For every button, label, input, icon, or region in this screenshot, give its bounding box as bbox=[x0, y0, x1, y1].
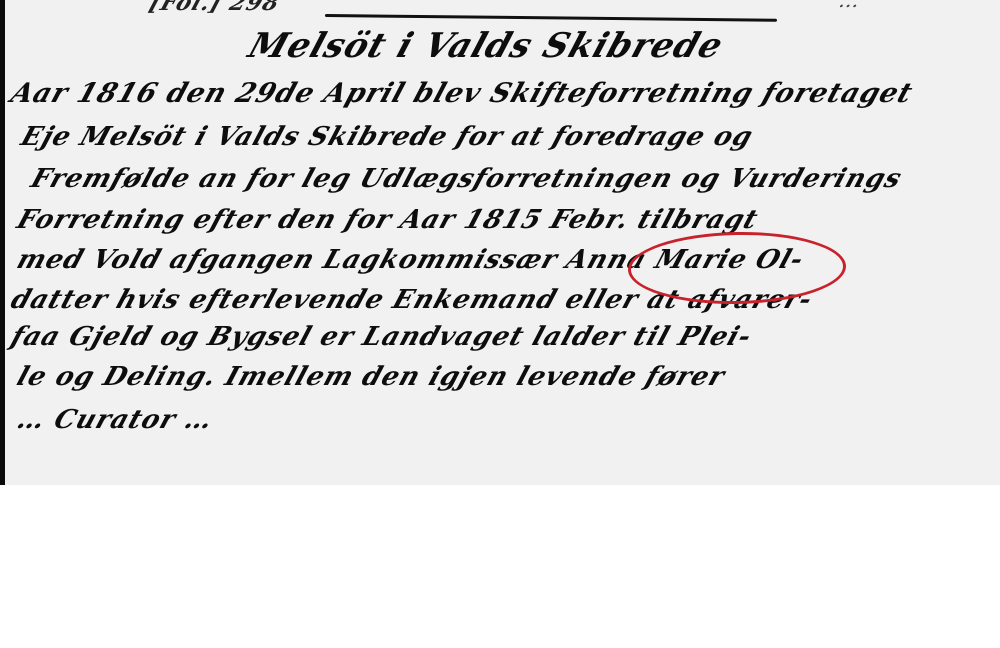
text-line-3: Fremfølde an for leg Udlægsforretningen … bbox=[27, 164, 906, 194]
text-line-8: le og Deling. Imellem den igjen levende … bbox=[13, 362, 729, 392]
text-line-1: Aar 1816 den 29de April blev Skifteforre… bbox=[7, 78, 917, 109]
red-ellipse-annotation bbox=[627, 230, 846, 306]
text-line-9: … Curator … bbox=[13, 405, 217, 435]
page-edge-border bbox=[0, 0, 5, 485]
header-fragment: [Fol.] 298 bbox=[146, 0, 284, 16]
text-line-2: Eje Melsöt i Valds Skibrede for at fored… bbox=[17, 122, 757, 152]
title-underline-rule bbox=[325, 14, 777, 22]
document-title: Melsöt i Valds Skibrede bbox=[244, 26, 729, 66]
text-line-7: faa Gjeld og Bygsel er Landvaget lalder … bbox=[7, 322, 756, 352]
text-line-4: Forretning efter den for Aar 1815 Febr. … bbox=[13, 205, 762, 235]
document-scan: [Fol.] 298 … Melsöt i Valds Skibrede Aar… bbox=[0, 0, 1000, 485]
header-right-fragment: … bbox=[836, 0, 865, 12]
